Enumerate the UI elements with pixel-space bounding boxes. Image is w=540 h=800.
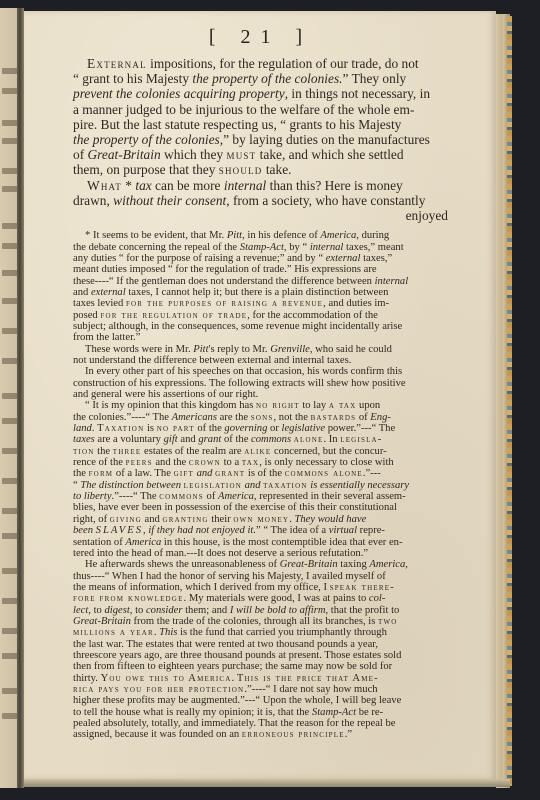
- footnote-line: taxes are a voluntary gift and grant of …: [73, 434, 448, 445]
- main-line: them, on purpose that they should take.: [73, 162, 448, 177]
- footnote-line: then from fifteen to eighteen years purc…: [73, 661, 448, 672]
- footnote-line: meant duties imposed “ for the regulatio…: [73, 264, 448, 275]
- footnote-line: thus----“ When I had the honor of servin…: [73, 571, 448, 582]
- footnote-line: In every other part of his speeches on t…: [73, 366, 448, 377]
- footnote-line: these----“ If the gentleman does not und…: [73, 276, 448, 287]
- footnote-line: tered into the head of man.---It does no…: [73, 548, 448, 559]
- main-line: of Great-Britain which they must take, a…: [73, 147, 448, 162]
- footnote-line: the last war. The estates that were rent…: [73, 639, 448, 650]
- footnote-line: pealed absolutely, totally, and immediat…: [73, 718, 448, 729]
- footnote-line: posed for the regulation of trade, for t…: [73, 310, 448, 321]
- footnote-line: These words were in Mr. Pitt's reply to …: [73, 344, 448, 355]
- footnote: * It seems to be evident, that Mr. Pitt,…: [73, 230, 448, 740]
- footnote-line: tion the three estates of the realm are …: [73, 446, 448, 457]
- main-line: External impositions, for the regulation…: [73, 56, 448, 71]
- main-line: pire. But the last statute respecting us…: [73, 117, 448, 132]
- main-line: a manner judged to be injurious to the w…: [73, 102, 448, 117]
- main-line: “ grant to his Majesty the property of t…: [73, 71, 448, 86]
- footnote-line: rica pays you for her protection.”----“ …: [73, 684, 448, 695]
- footnote-line: threescore years ago, are three thousand…: [73, 650, 448, 661]
- footnote-line: the form of a law. The gift and grant is…: [73, 468, 448, 479]
- footnote-line: and general were his assertions of our r…: [73, 389, 448, 400]
- footnote-line: subject; although, in the consequences, …: [73, 321, 448, 332]
- main-text: External impositions, for the regulation…: [73, 56, 448, 223]
- footnote-line: assigned, because it was founded on an e…: [73, 729, 448, 740]
- footnote-line: Great-Britain from the trade of the colo…: [73, 616, 448, 627]
- footnote-line: He afterwards shews the unreasonableness…: [73, 559, 448, 570]
- main-line: drawn, without their consent, from a soc…: [73, 193, 448, 208]
- main-line: prevent the colonies acquiring property,…: [73, 86, 448, 101]
- footnote-line: right, of giving and granting their own …: [73, 514, 448, 525]
- footnote-line: taxes levied for the purposes of raising…: [73, 298, 448, 309]
- footnote-line: * It seems to be evident, that Mr. Pitt,…: [73, 230, 448, 241]
- footnote-line: lect, to digest, to consider them; and I…: [73, 605, 448, 616]
- book-gutter: [17, 8, 24, 788]
- page-number: [ 21 ]: [73, 24, 448, 50]
- footnote-line: not understand the difference between ex…: [73, 355, 448, 366]
- footnote-line: construction of his expressions. The fol…: [73, 378, 448, 389]
- footnote-line: the means of information, which I derive…: [73, 582, 448, 593]
- footnote-line: millions a year. This is the fund that c…: [73, 627, 448, 638]
- footnote-line: thirty. You owe this to America. This is…: [73, 673, 448, 684]
- marbled-edge: [507, 16, 512, 786]
- page-text: [ 21 ] External impositions, for the reg…: [73, 24, 448, 741]
- footnote-line: the colonies.”----“ The Americans are th…: [73, 412, 448, 423]
- main-line: the property of the colonies,” by laying…: [73, 132, 448, 147]
- footnote-line: fore from knowledge. My materials were g…: [73, 593, 448, 604]
- page-bottom-edge: [24, 779, 510, 787]
- footnote-line: “ The distinction between legislation an…: [73, 480, 448, 491]
- footnote-line: been SLAVES, if they had not enjoyed it.…: [73, 525, 448, 536]
- footnote-line: rence of the peers and the crown to a ta…: [73, 457, 448, 468]
- footnote-line: higher these profits may be augmented.”-…: [73, 695, 448, 706]
- footnote-line: sentation of America in this house, is t…: [73, 537, 448, 548]
- footnote-line: the debate concerning the repeal of the …: [73, 242, 448, 253]
- main-line: What * tax can be more internal than thi…: [73, 178, 448, 193]
- footnote-line: to tell the house what is really my opin…: [73, 707, 448, 718]
- catchword: enjoyed: [73, 208, 448, 223]
- footnote-line: land. Taxation is no part of the governi…: [73, 423, 448, 434]
- footnote-line: blies, have ever been in possession of t…: [73, 502, 448, 513]
- footnote-line: and external taxes, I cannot help it; bu…: [73, 287, 448, 298]
- footnote-line: any duties “ for the purpose of raising …: [73, 253, 448, 264]
- footnote-line: from the latter.”: [73, 332, 448, 343]
- footnote-line: to liberty.”----“ The commons of America…: [73, 491, 448, 502]
- footnote-line: “ It is my opinion that this kingdom has…: [73, 400, 448, 411]
